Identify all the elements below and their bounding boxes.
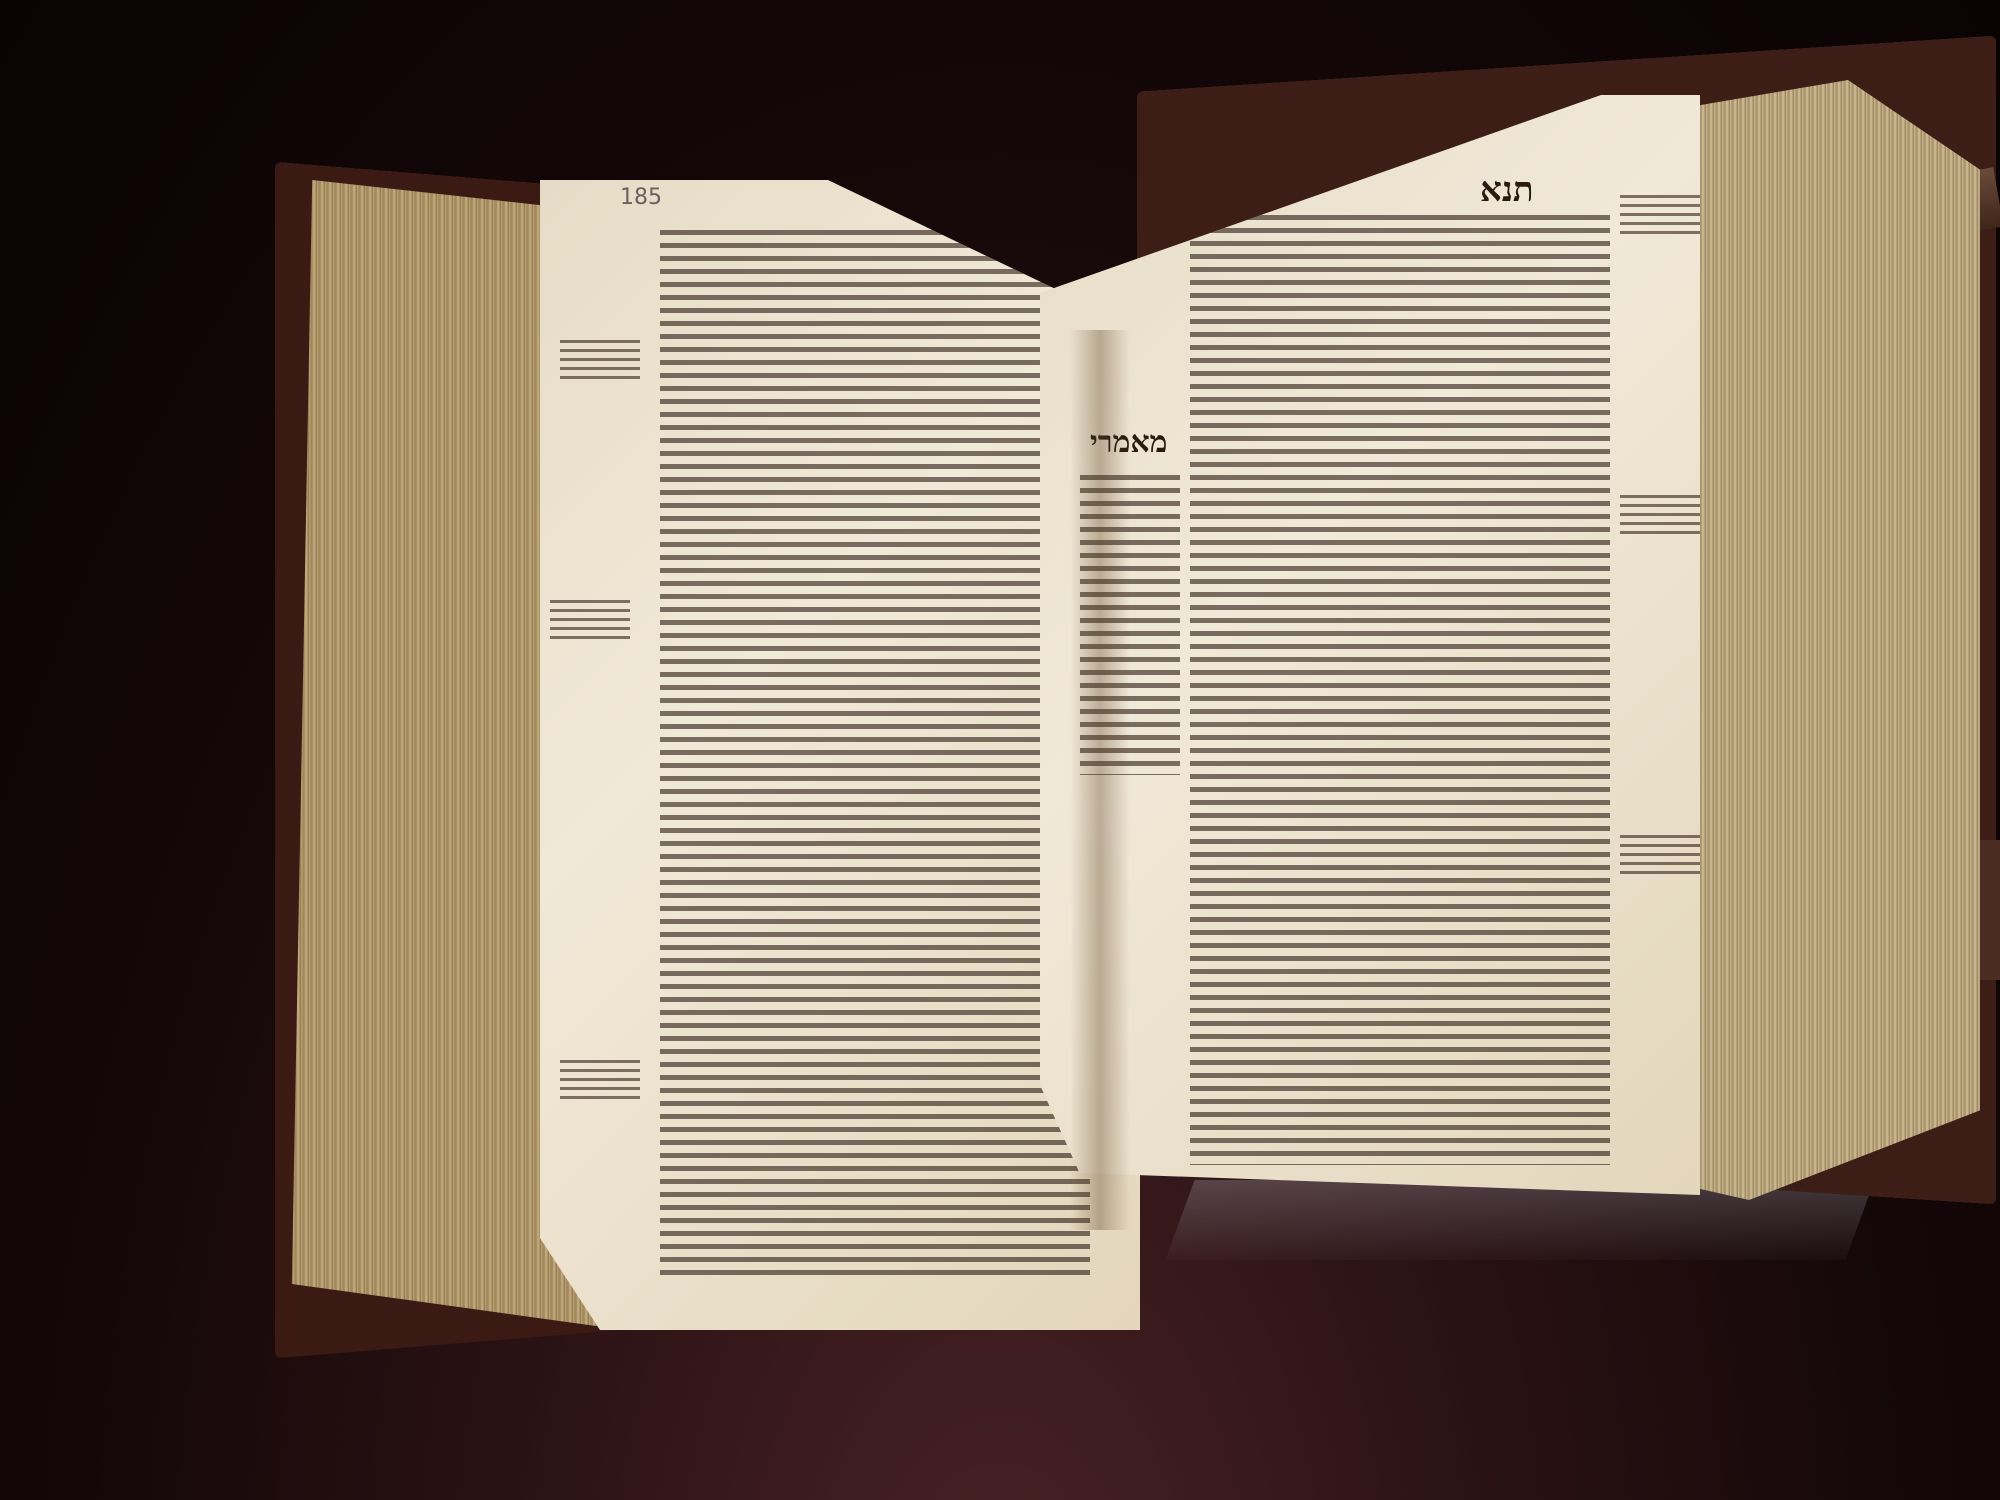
left-main-text: [660, 230, 1090, 1280]
running-head: תנא: [1480, 170, 1534, 210]
right-page: תנא מאמרי: [1040, 95, 1700, 1195]
margin-gloss: [550, 600, 630, 640]
folio-number: 185: [620, 185, 662, 210]
margin-gloss: [1620, 495, 1700, 535]
right-main-text: [1190, 215, 1610, 1165]
margin-gloss: [1620, 195, 1700, 235]
margin-gloss: [560, 340, 640, 380]
margin-gloss: [560, 1060, 640, 1100]
photo-scene: 185 תנא מאמרי: [0, 0, 2000, 1500]
book-gutter: [1070, 330, 1130, 1230]
margin-gloss: [1620, 835, 1700, 875]
